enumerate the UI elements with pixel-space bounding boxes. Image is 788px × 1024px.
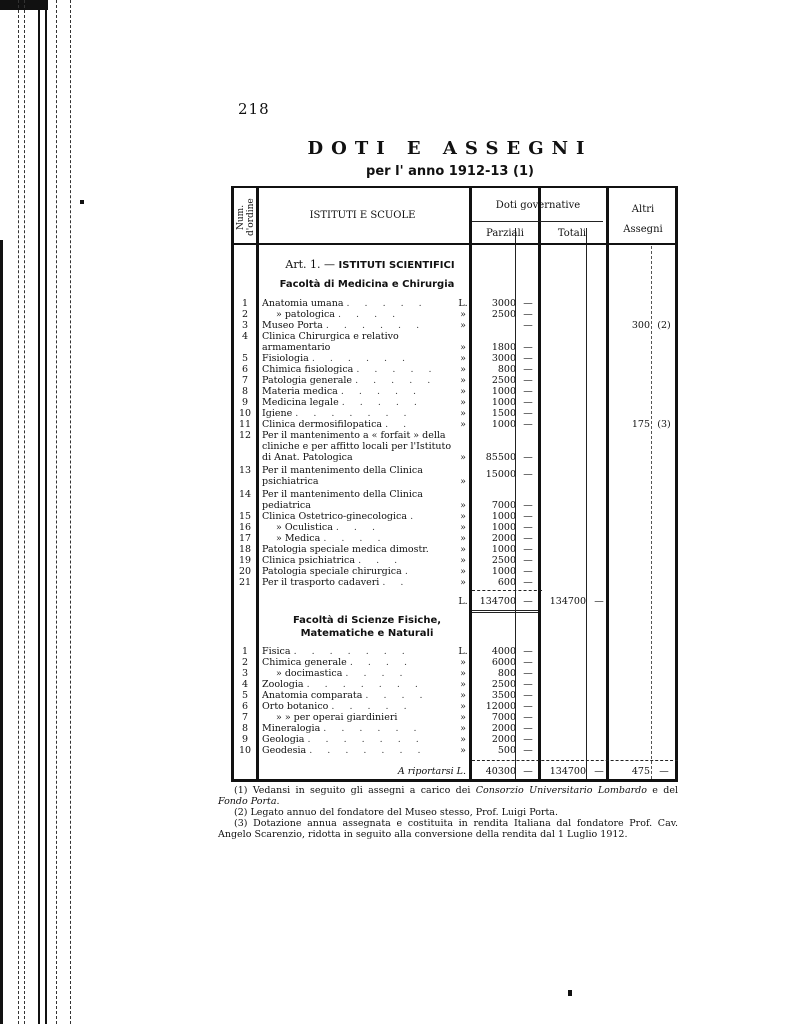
row-dash: — (518, 320, 538, 331)
row-parziale: 4000 (472, 646, 516, 657)
row-currency: » (456, 397, 470, 408)
row-altri-note: (2) (654, 320, 674, 331)
row-label: Museo Porta . . . . . . (262, 320, 452, 331)
row-currency: L. (456, 646, 470, 657)
row-currency: » (456, 544, 470, 555)
table-row: 15 Clinica Ostetrico-ginecologica . » 10… (234, 511, 675, 522)
table-row: 7 » » per operai giardinieri » 7000 — (234, 712, 675, 723)
row-parziale: 85500 (472, 452, 516, 463)
row-number: 7 (234, 375, 256, 386)
table-row: 2 Chimica generale . . . . » 6000 — (234, 657, 675, 668)
row-number: 6 (234, 701, 256, 712)
table-row: 21 Per il trasporto cadaveri . . » 600 — (234, 577, 675, 588)
table-row: 10 Igiene . . . . . . . » 1500 — (234, 408, 675, 419)
table-row: 5 Anatomia comparata . . . . » 3500 — (234, 690, 675, 701)
row-parziale: 1500 (472, 408, 516, 419)
row-number: 17 (234, 533, 256, 544)
row-currency: » (456, 533, 470, 544)
row-currency: » (456, 408, 470, 419)
allocations-table: Num. d'ordine ISTITUTI E SCUOLE Doti gov… (231, 186, 678, 782)
row-parziale: 12000 (472, 701, 516, 712)
doti-subheader-rule (472, 221, 603, 222)
row-currency: » (456, 657, 470, 668)
row-parziale: 3000 (472, 353, 516, 364)
row-currency: » (456, 452, 470, 463)
row-dash: — (518, 745, 538, 756)
table-row: 20 Patologia speciale chirurgica . » 100… (234, 566, 675, 577)
row-number: 1 (234, 298, 256, 309)
row-currency: » (456, 353, 470, 364)
row-label: Anatomia comparata . . . . (262, 690, 452, 701)
row-dash: — (518, 712, 538, 723)
row-label: » » per operai giardinieri (262, 712, 466, 723)
row-number: 9 (234, 734, 256, 745)
article-prefix: Art. 1. — (285, 258, 335, 271)
section-title-scienze-line1: Facoltà di Scienze Fisiche, (262, 614, 472, 627)
row-currency: » (456, 712, 470, 723)
row-parziale: 3000 (472, 298, 516, 309)
header-rule (234, 243, 675, 245)
row-currency: » (456, 701, 470, 712)
article-name: ISTITUTI SCIENTIFICI (339, 260, 455, 271)
binding-line (18, 0, 19, 1024)
row-label: » Oculistica . . . (262, 522, 466, 533)
row-dash: — (518, 657, 538, 668)
header-totali: Totali (540, 228, 604, 239)
table-row: 12 Per il mantenimento a « forfait » del… (234, 430, 675, 463)
row-dash: — (518, 309, 538, 320)
row-currency: » (456, 309, 470, 320)
row-label: Mineralogia . . . . . . (262, 723, 452, 734)
scan-binding-edge (0, 0, 80, 1024)
row-parziale: 2500 (472, 555, 516, 566)
carry-forward-parziale: 40300 (472, 766, 516, 777)
row-number: 16 (234, 522, 256, 533)
row-number: 14 (234, 489, 256, 500)
row-parziale: 1000 (472, 397, 516, 408)
row-number: 15 (234, 511, 256, 522)
row-dash: — (518, 364, 538, 375)
row-label: Igiene . . . . . . . (262, 408, 452, 419)
row-label: Geologia . . . . . . . (262, 734, 452, 745)
row-dash: — (518, 419, 538, 430)
row-dash: — (518, 690, 538, 701)
scan-page-edge (0, 240, 3, 1024)
carry-forward-dash: — (518, 766, 538, 777)
row-number: 13 (234, 465, 256, 476)
row-number: 4 (234, 331, 256, 342)
row-label: Zoologia . . . . . . . (262, 679, 452, 690)
row-number: 19 (234, 555, 256, 566)
header-assegni: Assegni (610, 224, 676, 235)
binding-line (56, 0, 57, 1024)
row-currency: » (456, 320, 470, 331)
row-dash: — (518, 386, 538, 397)
row-number: 10 (234, 408, 256, 419)
row-number: 5 (234, 353, 256, 364)
section-title-scienze-line2: Matematiche e Naturali (262, 627, 472, 640)
table-row: 16 » Oculistica . . . » 1000 — (234, 522, 675, 533)
row-parziale: 500 (472, 745, 516, 756)
row-label: Medicina legale . . . . . (262, 397, 452, 408)
row-dash: — (518, 723, 538, 734)
table-row: 4 Clinica Chirurgica e relativo armament… (234, 331, 675, 353)
row-label: Clinica Ostetrico-ginecologica . (262, 511, 452, 522)
row-number: 5 (234, 690, 256, 701)
row-parziale: 7000 (472, 712, 516, 723)
table-row: 17 » Medica . . . . » 2000 — (234, 533, 675, 544)
row-dash: — (518, 469, 538, 480)
row-dash: — (518, 342, 538, 353)
table-row: 14 Per il mantenimento della Clinica ped… (234, 489, 675, 511)
table-row: 2 » patologica . . . . » 2500 — (234, 309, 675, 320)
row-parziale: 1000 (472, 544, 516, 555)
footnotes: (1) Vedansi in seguito gli assegni a car… (218, 785, 678, 840)
subtotal-parziale: 134700 (472, 596, 516, 607)
row-parziale: 1000 (472, 511, 516, 522)
row-currency: » (456, 555, 470, 566)
table-row: 13 Per il mantenimento della Clinica psi… (234, 465, 675, 487)
row-parziale: 1000 (472, 386, 516, 397)
row-number: 12 (234, 430, 256, 441)
row-parziale: 2000 (472, 734, 516, 745)
row-dash: — (518, 734, 538, 745)
row-currency: » (456, 500, 470, 511)
row-currency: » (456, 734, 470, 745)
row-altri-note: (3) (654, 419, 674, 430)
row-number: 18 (234, 544, 256, 555)
row-label: Fisiologia . . . . . . (262, 353, 452, 364)
row-label: Fisica . . . . . . . (262, 646, 452, 657)
binding-line (45, 0, 47, 1024)
row-currency: » (456, 679, 470, 690)
row-label: Per il mantenimento della Clinica psichi… (262, 465, 452, 487)
table-row: 3 » docimastica . . . . » 800 — (234, 668, 675, 679)
row-parziale: 15000 (472, 469, 516, 480)
subtotal-dash: — (590, 596, 608, 607)
row-dash: — (518, 522, 538, 533)
carry-forward-altri: 475 (612, 766, 650, 777)
row-number: 3 (234, 668, 256, 679)
row-parziale: 7000 (472, 500, 516, 511)
row-number: 11 (234, 419, 256, 430)
header-parziali: Parziali (472, 228, 538, 239)
row-dash: — (518, 375, 538, 386)
row-dash: — (518, 353, 538, 364)
header-altri: Altri (610, 204, 676, 215)
row-number: 8 (234, 723, 256, 734)
row-dash: — (518, 511, 538, 522)
row-label: Per il mantenimento a « forfait » della … (262, 430, 452, 463)
table-row: 5 Fisiologia . . . . . . » 3000 — (234, 353, 675, 364)
row-currency: » (456, 522, 470, 533)
row-label: Orto botanico . . . . . (262, 701, 452, 712)
row-label: Clinica dermosifilopatica . . (262, 419, 452, 430)
row-currency: » (456, 375, 470, 386)
row-number: 1 (234, 646, 256, 657)
scan-speck (80, 200, 84, 204)
table-row: 18 Patologia speciale medica dimostr. » … (234, 544, 675, 555)
row-dash: — (518, 544, 538, 555)
row-parziale: 600 (472, 577, 516, 588)
table-row: 8 Mineralogia . . . . . . » 2000 — (234, 723, 675, 734)
row-number: 6 (234, 364, 256, 375)
page-number: 218 (238, 100, 270, 118)
row-currency: » (456, 577, 470, 588)
page-title: DOTI E ASSEGNI (220, 138, 680, 159)
row-parziale: 6000 (472, 657, 516, 668)
row-currency: » (456, 723, 470, 734)
row-dash: — (518, 577, 538, 588)
row-label: Chimica generale . . . . (262, 657, 452, 668)
footnote-3: (3) Dotazione annua assegnata e costitui… (218, 818, 678, 840)
row-dash: — (518, 555, 538, 566)
row-dash: — (518, 408, 538, 419)
table-row: 9 Geologia . . . . . . . » 2000 — (234, 734, 675, 745)
row-dash: — (518, 452, 538, 463)
subtotal-rule (472, 590, 542, 591)
row-parziale: 1000 (472, 522, 516, 533)
row-parziale: 1000 (472, 419, 516, 430)
row-currency: » (456, 690, 470, 701)
row-dash: — (518, 668, 538, 679)
table-row: 9 Medicina legale . . . . . » 1000 — (234, 397, 675, 408)
row-currency: » (456, 511, 470, 522)
row-dash: — (518, 298, 538, 309)
row-parziale: 2500 (472, 679, 516, 690)
carry-forward-dash: — (654, 766, 674, 777)
row-label: » patologica . . . . (262, 309, 466, 320)
header-istituti: ISTITUTI E SCUOLE (260, 210, 465, 221)
scan-speck (568, 990, 572, 996)
row-number: 20 (234, 566, 256, 577)
table-row: 1 Fisica . . . . . . . L. 4000 — (234, 646, 675, 657)
row-number: 21 (234, 577, 256, 588)
carry-forward-rule (472, 760, 678, 761)
row-label: Patologia speciale chirurgica . (262, 566, 452, 577)
article-heading: Art. 1. — ISTITUTI SCIENTIFICI (270, 258, 470, 271)
row-currency: » (456, 668, 470, 679)
subtotal-totale: 134700 (542, 596, 586, 607)
row-dash: — (518, 566, 538, 577)
row-label: Patologia speciale medica dimostr. (262, 544, 452, 555)
row-number: 8 (234, 386, 256, 397)
page-subtitle: per l' anno 1912-13 (1) (220, 164, 680, 179)
row-label: Materia medica . . . . . (262, 386, 452, 397)
carry-forward-dash: — (590, 766, 608, 777)
row-number: 4 (234, 679, 256, 690)
header-doti-governative: Doti governative (472, 200, 604, 211)
row-number: 7 (234, 712, 256, 723)
row-label: Per il mantenimento della Clinica pediat… (262, 489, 452, 511)
row-number: 9 (234, 397, 256, 408)
row-parziale: 2000 (472, 723, 516, 734)
row-currency: » (456, 342, 470, 353)
binding-line (38, 0, 40, 1024)
table-row: 8 Materia medica . . . . . » 1000 — (234, 386, 675, 397)
row-label: » Medica . . . . (262, 533, 466, 544)
row-label: Geodesia . . . . . . . (262, 745, 452, 756)
row-currency: » (456, 476, 470, 487)
row-currency: » (456, 419, 470, 430)
carry-forward-row: A riportarsi L. 40300 — 134700 — 475 — (234, 766, 675, 777)
row-parziale: 1000 (472, 566, 516, 577)
row-currency: » (456, 386, 470, 397)
row-number: 10 (234, 745, 256, 756)
table-row: 4 Zoologia . . . . . . . » 2500 — (234, 679, 675, 690)
row-currency: » (456, 745, 470, 756)
row-dash: — (518, 701, 538, 712)
row-dash: — (518, 397, 538, 408)
row-parziale: 2000 (472, 533, 516, 544)
row-parziale: 1800 (472, 342, 516, 353)
row-parziale: 2500 (472, 309, 516, 320)
row-currency: L. (456, 298, 470, 309)
row-parziale: 2500 (472, 375, 516, 386)
row-label: Chimica fisiologica . . . . . (262, 364, 452, 375)
subtotal-currency: L. (456, 596, 470, 607)
row-label: Patologia generale . . . . . (262, 375, 452, 386)
subtotal-dash: — (518, 596, 538, 607)
table-row: 6 Chimica fisiologica . . . . . » 800 — (234, 364, 675, 375)
row-dash: — (518, 679, 538, 690)
row-number: 3 (234, 320, 256, 331)
row-label: Anatomia umana . . . . . (262, 298, 452, 309)
carry-forward-label: A riportarsi L. (294, 766, 466, 777)
footnote-2: (2) Legato annuo del fondatore del Museo… (218, 807, 678, 818)
table-row: 1 Anatomia umana . . . . . L. 3000 — (234, 298, 675, 309)
row-number: 2 (234, 657, 256, 668)
row-number: 2 (234, 309, 256, 320)
row-altri: 300 (612, 320, 650, 331)
subtotal-row: L. 134700 — 134700 — (234, 596, 675, 607)
subtotal-double-rule (472, 610, 538, 613)
row-parziale: 3500 (472, 690, 516, 701)
row-label: Clinica Chirurgica e relativo armamentar… (262, 331, 452, 353)
row-label: Per il trasporto cadaveri . . (262, 577, 452, 588)
row-parziale: 800 (472, 364, 516, 375)
row-label: » docimastica . . . . (262, 668, 466, 679)
footnote-1: (1) Vedansi in seguito gli assegni a car… (218, 785, 678, 807)
row-currency: » (456, 566, 470, 577)
row-parziale: 800 (472, 668, 516, 679)
row-altri: 175 (612, 419, 650, 430)
row-dash: — (518, 500, 538, 511)
section-title-medicina: Facoltà di Medicina e Chirurgia (262, 278, 472, 291)
binding-line (70, 0, 71, 1024)
carry-forward-totale: 134700 (542, 766, 586, 777)
table-row: 19 Clinica psichiatrica . . . » 2500 — (234, 555, 675, 566)
table-row: 7 Patologia generale . . . . . » 2500 — (234, 375, 675, 386)
header-num-ordine: Num. d'ordine (236, 194, 258, 240)
binding-line (24, 0, 25, 1024)
row-dash: — (518, 646, 538, 657)
table-row: 11 Clinica dermosifilopatica . . » 1000 … (234, 419, 675, 430)
row-currency: » (456, 364, 470, 375)
row-label: Clinica psichiatrica . . . (262, 555, 452, 566)
table-row: 3 Museo Porta . . . . . . » — 300 (2) (234, 320, 675, 331)
row-dash: — (518, 533, 538, 544)
table-row: 10 Geodesia . . . . . . . » 500 — (234, 745, 675, 756)
table-row: 6 Orto botanico . . . . . » 12000 — (234, 701, 675, 712)
